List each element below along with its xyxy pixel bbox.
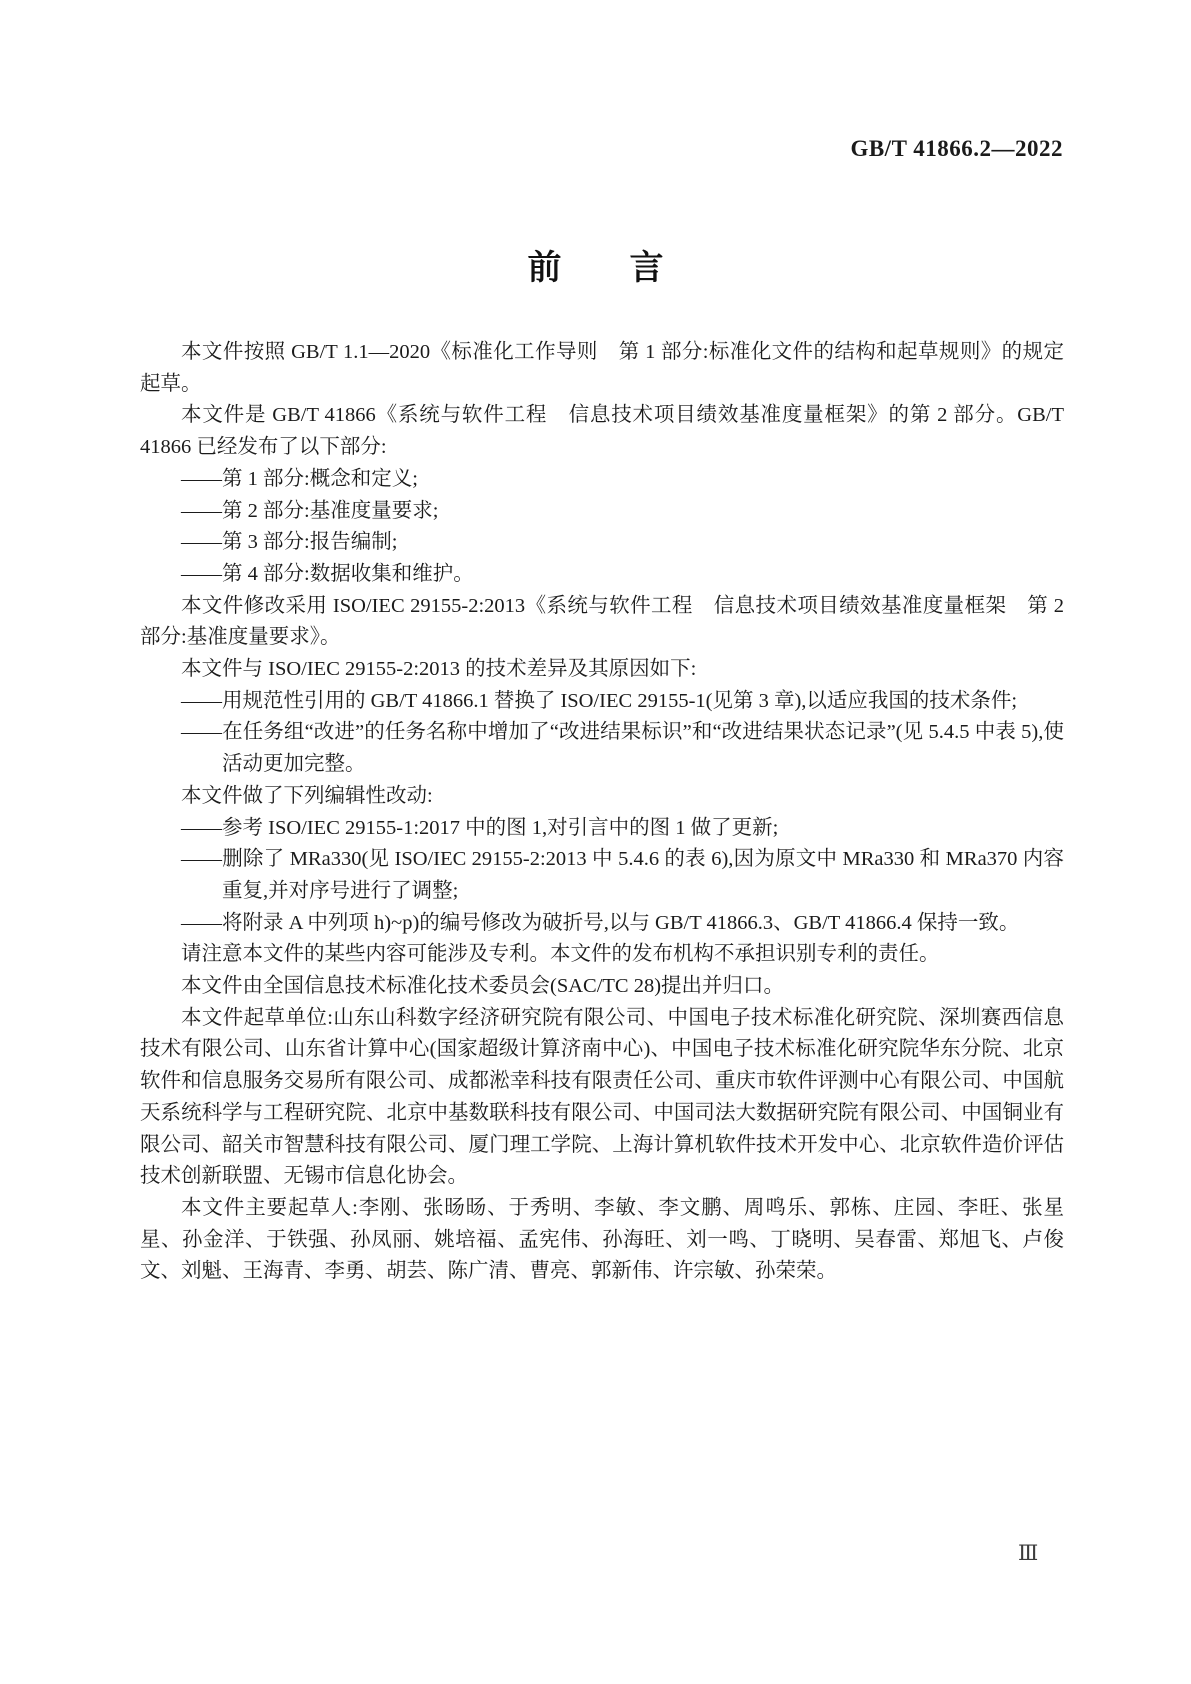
list-item-diff2: ——在任务组“改进”的任务名称中增加了“改进结果标识”和“改进结果状态记录”(见… [222,717,1064,780]
paragraph-scope: 本文件按照 GB/T 1.1—2020《标准化工作导则 第 1 部分:标准化文件… [140,337,1064,400]
list-item-part2: ——第 2 部分:基准度量要求; [222,496,1064,528]
list-item-edit3: ——将附录 A 中列项 h)~p)的编号修改为破折号,以与 GB/T 41866… [222,908,1064,940]
paragraph-adoption: 本文件修改采用 ISO/IEC 29155-2:2013《系统与软件工程 信息技… [140,591,1064,654]
page-number: Ⅲ [1018,1541,1038,1566]
document-page: GB/T 41866.2—2022 前 言 本文件按照 GB/T 1.1—202… [0,0,1191,1684]
list-item-part1: ——第 1 部分:概念和定义; [222,464,1064,496]
standard-number: GB/T 41866.2—2022 [850,136,1063,162]
list-item-diff1: ——用规范性引用的 GB/T 41866.1 替换了 ISO/IEC 29155… [222,686,1064,718]
page-title: 前 言 [0,240,1191,289]
paragraph-patent: 请注意本文件的某些内容可能涉及专利。本文件的发布机构不承担识别专利的责任。 [140,939,1064,971]
paragraph-editorial: 本文件做了下列编辑性改动: [140,781,1064,813]
foreword-body: 本文件按照 GB/T 1.1—2020《标准化工作导则 第 1 部分:标准化文件… [140,337,1064,1288]
paragraph-organizations: 本文件起草单位:山东山科数字经济研究院有限公司、中国电子技术标准化研究院、深圳赛… [140,1003,1064,1193]
list-item-edit2: ——删除了 MRa330(见 ISO/IEC 29155-2:2013 中 5.… [222,844,1064,907]
paragraph-series-intro: 本文件是 GB/T 41866《系统与软件工程 信息技术项目绩效基准度量框架》的… [140,400,1064,463]
paragraph-committee: 本文件由全国信息技术标准化技术委员会(SAC/TC 28)提出并归口。 [140,971,1064,1003]
list-item-part4: ——第 4 部分:数据收集和维护。 [222,559,1064,591]
list-item-edit1: ——参考 ISO/IEC 29155-1:2017 中的图 1,对引言中的图 1… [222,813,1064,845]
paragraph-differences: 本文件与 ISO/IEC 29155-2:2013 的技术差异及其原因如下: [140,654,1064,686]
paragraph-drafters: 本文件主要起草人:李刚、张旸旸、于秀明、李敏、李文鹏、周鸣乐、郭栋、庄园、李旺、… [140,1193,1064,1288]
list-item-part3: ——第 3 部分:报告编制; [222,527,1064,559]
